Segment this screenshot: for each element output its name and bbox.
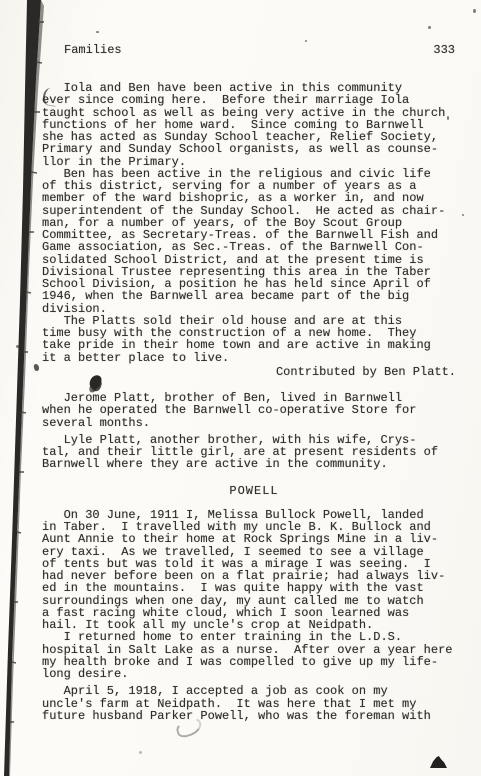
- paragraph-iola-ben-community: Iola and Ben have been active in this co…: [42, 82, 466, 168]
- dust-speck: [428, 26, 431, 29]
- page-body: Iola and Ben have been active in this co…: [42, 82, 466, 722]
- paragraph-powell-arrival: On 30 June, 1911 I, Melissa Bullock Powe…: [42, 509, 466, 632]
- page-number: 333: [433, 44, 455, 57]
- paragraph-ben-civic-life: Ben has been active in the religious and…: [42, 168, 466, 315]
- scanned-book-page: Families 333 Iola and Ben have been acti…: [0, 0, 481, 776]
- paragraph-nurse-training: I returned home to enter training in the…: [42, 631, 466, 680]
- section-heading-powell: POWELL: [42, 485, 466, 497]
- page-title: Families: [64, 44, 122, 57]
- dust-speck: [139, 751, 142, 754]
- paragraph-jerome-platt: Jerome Platt, brother of Ben, lived in B…: [42, 392, 466, 429]
- paragraph-lyle-platt: Lyle Platt, another brother, with his wi…: [42, 434, 466, 471]
- dust-speck: [96, 31, 99, 33]
- dust-speck: [305, 40, 307, 42]
- paragraph-cook-neidpath: April 5, 1918, I accepted a job as cook …: [42, 685, 466, 722]
- paragraph-platts-new-home: The Platts sold their old house and are …: [42, 315, 466, 364]
- dust-speck: [473, 9, 476, 13]
- running-head: Families 333: [64, 44, 455, 57]
- contribution-credit: Contributed by Ben Platt.: [42, 366, 466, 378]
- ink-blob-bottom-right: [430, 756, 447, 768]
